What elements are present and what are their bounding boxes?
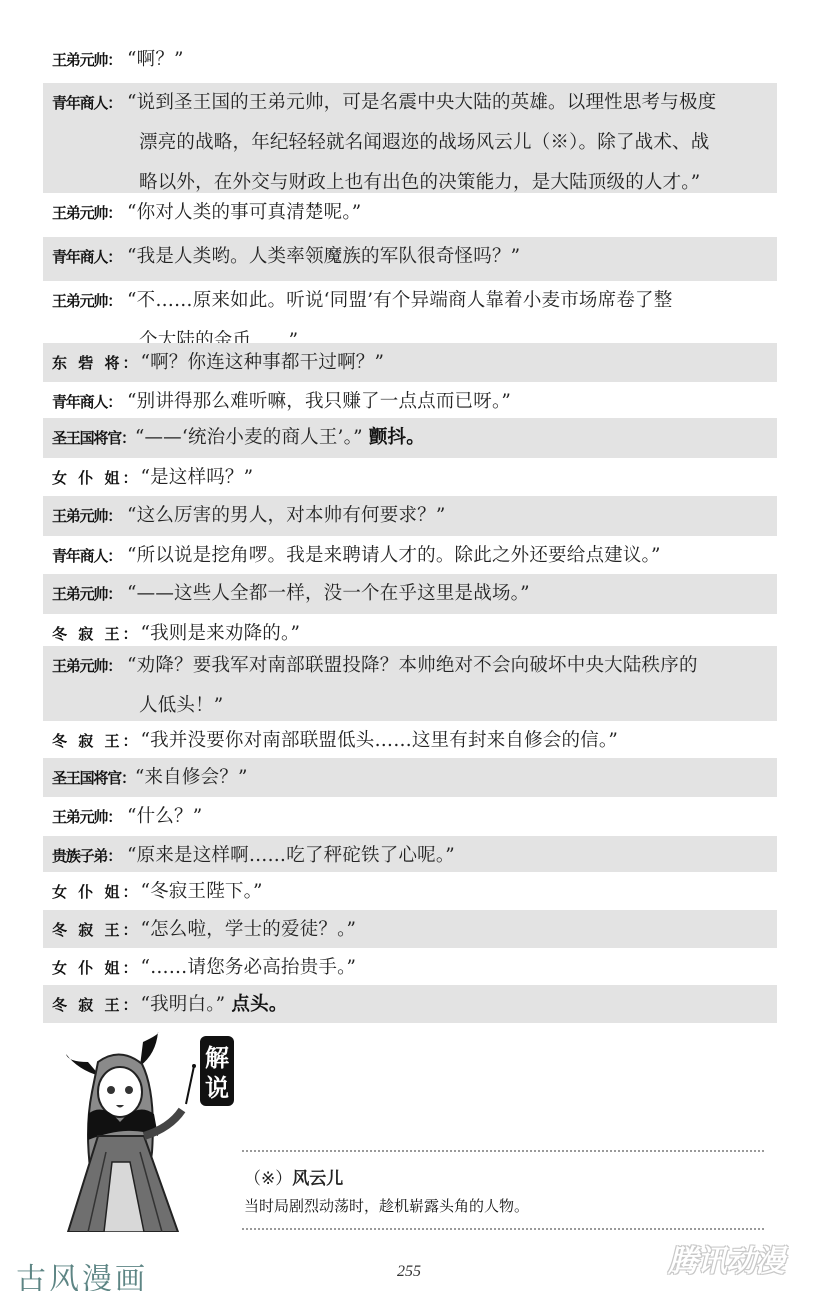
speaker-name: 王弟元帅： <box>43 496 127 536</box>
dialogue-text: “来自修会？” <box>135 758 777 798</box>
dialogue-text: “所以说是挖角啰。我是来聘请人才的。除此之外还要给点建议。” <box>127 536 777 576</box>
dialogue-row: 青年商人：“我是人类哟。人类率领魔族的军队很奇怪吗？” <box>43 237 777 281</box>
speaker-name: 女 仆 姐： <box>43 948 140 988</box>
dialogue-line: “——这些人全都一样，没一个在乎这里是战场。” <box>127 583 530 604</box>
dialogue-line: “别讲得那么难听嘛，我只赚了一点点而已呀。” <box>127 391 511 412</box>
speaker-name: 东 砦 将： <box>43 343 140 383</box>
speaker-name: 女 仆 姐： <box>43 872 140 912</box>
dialogue-line: “是这样吗？” <box>140 467 253 488</box>
speaker-name: 女 仆 姐： <box>43 458 140 498</box>
dialogue-row: 冬 寂 王：“我明白。” 点头。 <box>43 985 777 1023</box>
dialogue-row: 王弟元帅：“——这些人全都一样，没一个在乎这里是战场。” <box>43 574 777 614</box>
dialogue-row: 冬 寂 王：“我并没要你对南部联盟低头……这里有封来自修会的信。” <box>43 721 777 758</box>
footnote-title: （※）风云儿 <box>244 1164 764 1189</box>
dialogue-text: “你对人类的事可真清楚呢。” <box>127 193 777 233</box>
dialogue-line: “啊？你连这种事都干过啊？” <box>140 352 384 373</box>
dialogue-row: 圣王国将官：“来自修会？” <box>43 758 777 797</box>
dialogue-text: “什么？” <box>127 797 777 837</box>
speaker-name: 王弟元帅： <box>43 574 127 614</box>
dialogue-row: 青年商人：“所以说是挖角啰。我是来聘请人才的。除此之外还要给点建议。” <box>43 536 777 574</box>
dialogue-line: 漂亮的战略，年纪轻轻就名闻遐迩的战场风云儿（※）。除了战术、战 <box>127 123 771 163</box>
dialogue-line: “我是人类哟。人类率领魔族的军队很奇怪吗？” <box>127 246 520 267</box>
dialogue-line: “啊？” <box>127 49 184 70</box>
watermark-tencent: 腾讯动漫 <box>668 1236 784 1280</box>
dialogue-row: 王弟元帅：“你对人类的事可真清楚呢。” <box>43 193 777 237</box>
dialogue-text: “劝降？要我军对南部联盟投降？本帅绝对不会向破坏中央大陆秩序的人低头！” <box>127 646 777 726</box>
speaker-name: 贵族子弟： <box>43 836 127 876</box>
dialogue-line: “这么厉害的男人，对本帅有何要求？” <box>127 505 446 526</box>
page-number: 255 <box>397 1263 421 1281</box>
speaker-name: 王弟元帅： <box>43 193 127 233</box>
dialogue-line: “所以说是挖角啰。我是来聘请人才的。除此之外还要给点建议。” <box>127 545 661 566</box>
footnote-box: （※）风云儿 当时局剧烈动荡时，趁机崭露头角的人物。 <box>242 1150 764 1230</box>
divider-bottom <box>242 1228 764 1230</box>
speaker-name: 圣王国将官： <box>43 758 135 798</box>
speaker-name: 冬 寂 王： <box>43 721 140 761</box>
dialogue-text: “——这些人全都一样，没一个在乎这里是战场。” <box>127 574 777 614</box>
dialogue-text: “……请您务必高抬贵手。” <box>140 948 777 988</box>
dialogue-row: 王弟元帅：“这么厉害的男人，对本帅有何要求？” <box>43 496 777 536</box>
dialogue-row: 女 仆 姐：“是这样吗？” <box>43 458 777 496</box>
footnote-definition: 当时局剧烈动荡时，趁机崭露头角的人物。 <box>244 1195 764 1216</box>
dialogue-row: 王弟元帅：“什么？” <box>43 797 777 836</box>
dialogue-line: “怎么啦，学士的爱徒？。” <box>140 919 356 940</box>
speaker-name: 冬 寂 王： <box>43 985 140 1025</box>
dialogue-row: 冬 寂 王：“怎么啦，学士的爱徒？。” <box>43 910 777 948</box>
stage-action: 点头。 <box>231 994 287 1015</box>
dialogue-text: “这么厉害的男人，对本帅有何要求？” <box>127 496 777 536</box>
dialogue-row: 青年商人：“别讲得那么难听嘛，我只赚了一点点而已呀。” <box>43 382 777 418</box>
dialogue-text: “我是人类哟。人类率领魔族的军队很奇怪吗？” <box>127 237 777 277</box>
dialogue-line: “说到圣王国的王弟元帅，可是名震中央大陆的英雄。以理性思考与极度 <box>127 92 716 113</box>
dialogue-line: “——‘统治小麦的商人王’。” <box>135 427 363 448</box>
dialogue-line: “……请您务必高抬贵手。” <box>140 957 356 978</box>
mascot-illustration: 解 说 <box>48 1032 238 1232</box>
dialogue-row: 冬 寂 王：“我则是来劝降的。” <box>43 614 777 646</box>
dialogue-text: “啊？” <box>127 40 777 80</box>
speaker-name: 圣王国将官： <box>43 418 135 458</box>
footnote-term: 风云儿 <box>292 1169 343 1189</box>
speaker-name: 青年商人： <box>43 83 127 123</box>
dialogue-line: “来自修会？” <box>135 767 248 788</box>
dialogue-row: 女 仆 姐：“……请您务必高抬贵手。” <box>43 948 777 985</box>
dialogue-row: 青年商人：“说到圣王国的王弟元帅，可是名震中央大陆的英雄。以理性思考与极度漂亮的… <box>43 83 777 193</box>
dialogue-row: 东 砦 将：“啊？你连这种事都干过啊？” <box>43 343 777 382</box>
dialogue-text: “别讲得那么难听嘛，我只赚了一点点而已呀。” <box>127 382 777 422</box>
dialogue-line: “我并没要你对南部联盟低头……这里有封来自修会的信。” <box>140 730 618 751</box>
dialogue-line: “冬寂王陛下。” <box>140 881 262 902</box>
speaker-name: 冬 寂 王： <box>43 910 140 950</box>
speaker-name: 青年商人： <box>43 237 127 277</box>
dialogue-line: 人低头！” <box>127 686 771 726</box>
dialogue-text: “啊？你连这种事都干过啊？” <box>140 343 777 383</box>
stage-action: 颤抖。 <box>369 427 425 448</box>
mascot-caption: 解 <box>205 1044 229 1072</box>
dialogue-list: 王弟元帅：“啊？”青年商人：“说到圣王国的王弟元帅，可是名震中央大陆的英雄。以理… <box>43 40 777 1023</box>
dialogue-row: 贵族子弟：“原来是这样啊……吃了秤砣铁了心呢。” <box>43 836 777 872</box>
speaker-name: 王弟元帅： <box>43 646 127 686</box>
dialogue-line: “劝降？要我军对南部联盟投降？本帅绝对不会向破坏中央大陆秩序的 <box>127 655 698 676</box>
dialogue-row: 王弟元帅：“啊？” <box>43 40 777 83</box>
dialogue-text: “——‘统治小麦的商人王’。” 颤抖。 <box>135 418 777 458</box>
dialogue-text: “怎么啦，学士的爱徒？。” <box>140 910 777 950</box>
speaker-name: 王弟元帅： <box>43 281 127 321</box>
dialogue-line: “什么？” <box>127 806 202 827</box>
dialogue-line: “不……原来如此。听说‘同盟’有个异端商人靠着小麦市场席卷了整 <box>127 290 672 311</box>
dialogue-text: “冬寂王陛下。” <box>140 872 777 912</box>
footnote-mark: （※） <box>244 1169 292 1189</box>
dialogue-line: “我则是来劝降的。” <box>140 623 300 644</box>
speaker-name: 王弟元帅： <box>43 40 127 80</box>
dialogue-text: “原来是这样啊……吃了秤砣铁了心呢。” <box>127 836 777 876</box>
speaker-name: 王弟元帅： <box>43 797 127 837</box>
dialogue-line: “原来是这样啊……吃了秤砣铁了心呢。” <box>127 845 455 866</box>
dialogue-line: “我明白。” <box>140 994 225 1015</box>
speaker-name: 青年商人： <box>43 382 127 422</box>
dialogue-text: “是这样吗？” <box>140 458 777 498</box>
dialogue-row: 王弟元帅：“劝降？要我军对南部联盟投降？本帅绝对不会向破坏中央大陆秩序的人低头！… <box>43 646 777 721</box>
dialogue-text: “说到圣王国的王弟元帅，可是名震中央大陆的英雄。以理性思考与极度漂亮的战略，年纪… <box>127 83 777 203</box>
speaker-name: 青年商人： <box>43 536 127 576</box>
watermark-gufeng: 古风漫画 <box>16 1254 148 1291</box>
svg-text:说: 说 <box>205 1074 229 1102</box>
dialogue-text: “我并没要你对南部联盟低头……这里有封来自修会的信。” <box>140 721 777 761</box>
dialogue-row: 女 仆 姐：“冬寂王陛下。” <box>43 872 777 910</box>
dialogue-row: 王弟元帅：“不……原来如此。听说‘同盟’有个异端商人靠着小麦市场席卷了整个大陆的… <box>43 281 777 343</box>
dialogue-row: 圣王国将官：“——‘统治小麦的商人王’。” 颤抖。 <box>43 418 777 458</box>
dialogue-text: “我明白。” 点头。 <box>140 985 777 1025</box>
divider-top <box>242 1150 764 1152</box>
horned-girl-icon: 解 说 <box>48 1032 238 1232</box>
dialogue-line: “你对人类的事可真清楚呢。” <box>127 202 361 223</box>
